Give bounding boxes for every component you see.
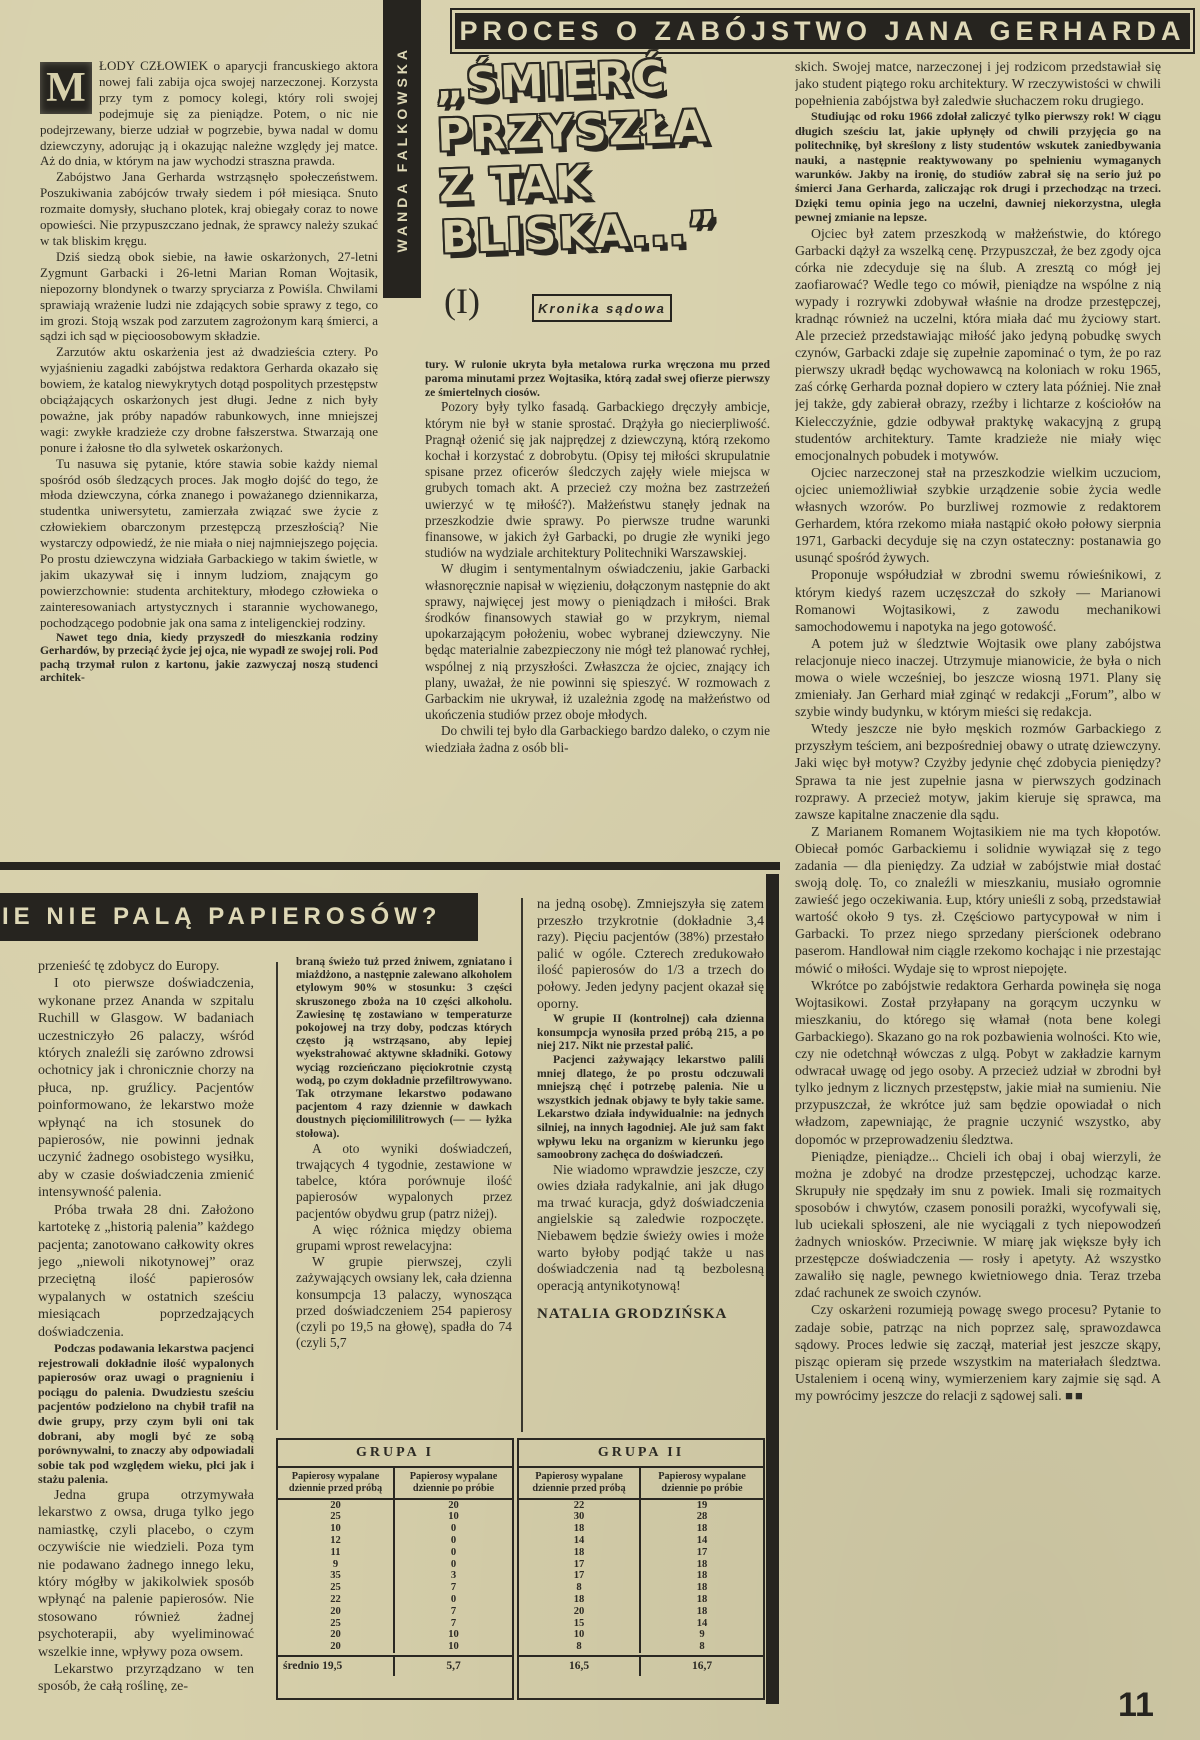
paragraph: Z Marianem Romanem Wojtasikiem nie ma ty… (795, 823, 1161, 977)
table-column-header: Papierosy wypalane dziennie przed próbą (519, 1468, 641, 1498)
table-cell: 15 (519, 1618, 641, 1630)
table-cell: 20 (278, 1629, 395, 1641)
table-footer-row: średnio 19,5 5,7 (278, 1655, 512, 1676)
table-row: 3028 (519, 1511, 763, 1523)
table-cell: średnio 19,5 (278, 1657, 395, 1676)
paragraph: W grupie pierwszej, czyli zażywających o… (296, 1254, 512, 1351)
table-cell: 9 (278, 1559, 395, 1571)
table-cell: 16,7 (641, 1657, 763, 1676)
column-rule (521, 898, 523, 1432)
table-cell: 18 (641, 1559, 763, 1571)
table-cell: 20 (278, 1606, 395, 1618)
table-cell: 20 (395, 1500, 512, 1512)
paragraph: Lekarstwo przyrządzano w ten sposób, że … (38, 1661, 254, 1696)
table-row: 2010 (278, 1641, 512, 1653)
paragraph: Jedna grupa otrzymywała lekarstwo z owsa… (38, 1487, 254, 1661)
table-row: 1718 (519, 1570, 763, 1582)
drop-cap: M (40, 62, 92, 114)
page-number: 11 (1118, 1686, 1154, 1725)
table-row: 1817 (519, 1547, 763, 1559)
table-cell: 18 (519, 1523, 641, 1535)
table-column-header: Papierosy wypalane dziennie po próbie (641, 1468, 763, 1498)
byline-text: WANDA FALKOWSKA (394, 46, 410, 252)
table-cell: 35 (278, 1570, 395, 1582)
table-cell: 17 (519, 1570, 641, 1582)
table-cell: 0 (395, 1547, 512, 1559)
table-cell: 14 (519, 1535, 641, 1547)
table-cell: 7 (395, 1618, 512, 1630)
article-column-1: MŁODY CZŁOWIEK o aparycji francuskiego a… (40, 58, 378, 850)
table-header-row: Papierosy wypalane dziennie przed próbą … (519, 1468, 763, 1500)
table-row: 2018 (519, 1606, 763, 1618)
table-cell: 0 (395, 1523, 512, 1535)
smoking-column-c: na jedną osobę). Zmniejszyła się zatem p… (537, 896, 764, 1438)
table-row: 818 (519, 1582, 763, 1594)
paragraph: I oto pierwsze doświadczenia, wykonane p… (38, 975, 254, 1201)
table-cell: 22 (519, 1500, 641, 1512)
table-cell: 10 (278, 1523, 395, 1535)
paragraph: Nawet tego dnia, kiedy przyszedł do mies… (40, 631, 378, 685)
table-cell: 19 (641, 1500, 763, 1512)
newspaper-page: PROCES O ZABÓJSTWO JANA GERHARDA WANDA F… (0, 0, 1200, 1740)
paragraph: Do chwili tej było dla Garbackiego bardz… (425, 723, 770, 755)
paragraph: Studiując od roku 1966 zdołał zaliczyć t… (795, 109, 1161, 224)
paragraph: skich. Swojej matce, narzeczonej i jej r… (795, 58, 1161, 109)
table-cell: 18 (519, 1547, 641, 1559)
table-row: 257 (278, 1618, 512, 1630)
table-cell: 0 (395, 1594, 512, 1606)
table-group-2: GRUPA II Papierosy wypalane dziennie prz… (517, 1438, 765, 1700)
paragraph: A potem już w śledztwie Wojtasik owe pla… (795, 635, 1161, 720)
paragraph: Wtedy jeszcze nie było męskich rozmów Ga… (795, 720, 1161, 823)
author-byline: NATALIA GRODZIŃSKA (537, 1306, 764, 1323)
table-cell: 3 (395, 1570, 512, 1582)
article-column-2: tury. W rulonie ukryta była metalowa rur… (425, 358, 770, 852)
display-title: „ŚMIERĆ PRZYSZŁA Z TAK BLISKA...” (435, 48, 762, 263)
table-cell: 0 (395, 1559, 512, 1571)
table-cell: 18 (641, 1570, 763, 1582)
paragraph: Dziś siedzą obok siebie, na ławie oskarż… (40, 249, 378, 344)
paragraph: Nie wiadomo wprawdzie jeszcze, czy owies… (537, 1162, 764, 1295)
table-row: 220 (278, 1594, 512, 1606)
table-group-title: GRUPA I (278, 1440, 512, 1468)
table-cell: 28 (641, 1511, 763, 1523)
paragraph: W grupie II (kontrolnej) cała dzienna ko… (537, 1012, 764, 1053)
table-cell: 10 (395, 1511, 512, 1523)
table-row: 2020 (278, 1500, 512, 1512)
paragraph: przenieść tę zdobycz do Europy. (38, 958, 254, 975)
table-row: 1414 (519, 1535, 763, 1547)
table-row: 110 (278, 1547, 512, 1559)
table-cell: 17 (519, 1559, 641, 1571)
table-cell: 14 (641, 1535, 763, 1547)
paragraph: Czy oskarżeni rozumieją powagę swego pro… (795, 1301, 1161, 1404)
paragraph: Podczas podawania lekarstwa pacjenci rej… (38, 1341, 254, 1487)
paragraph: Pozory były tylko fasadą. Garbackiego dr… (425, 399, 770, 561)
paragraph: Ojciec narzeczonej stał na przeszkodzie … (795, 464, 1161, 567)
table-cell: 25 (278, 1582, 395, 1594)
paragraph: Zarzutów aktu oskarżenia jest aż dwadzie… (40, 344, 378, 455)
paragraph: Pacjenci zażywający lekarstwo palili mni… (537, 1053, 764, 1162)
table-rows: 2219302818181414181717181718818181820181… (519, 1500, 763, 1653)
table-column-header: Papierosy wypalane dziennie po próbie (395, 1468, 512, 1498)
paragraph: Proponuje współudział w zbrodni swemu ró… (795, 566, 1161, 634)
table-row: 257 (278, 1582, 512, 1594)
paragraph: braną świeżo tuż przed żniwem, zgniatano… (296, 956, 512, 1141)
smoking-column-a: przenieść tę zdobycz do Europy. I oto pi… (38, 958, 254, 1738)
rubric-label: Kronika sądowa (538, 301, 666, 316)
paragraph: na jedną osobę). Zmniejszyła się zatem p… (537, 896, 764, 1012)
table-cell: 25 (278, 1618, 395, 1630)
table-cell: 20 (519, 1606, 641, 1618)
paragraph: Zabójstwo Jana Gerharda wstrząsnęło społ… (40, 169, 378, 249)
table-cell: 7 (395, 1606, 512, 1618)
table-cell: 9 (641, 1629, 763, 1641)
smoking-article-headline: IE NIE PALĄ PAPIEROSÓW? (0, 893, 478, 941)
table-column-header: Papierosy wypalane dziennie przed próbą (278, 1468, 395, 1498)
paragraph: Ojciec był zatem przeszkodą w małżeństwi… (795, 225, 1161, 464)
table-cell: 11 (278, 1547, 395, 1559)
kicker-text: PROCES O ZABÓJSTWO JANA GERHARDA (459, 16, 1185, 47)
table-row: 1818 (519, 1594, 763, 1606)
table-row: 2510 (278, 1511, 512, 1523)
paragraph: MŁODY CZŁOWIEK o aparycji francuskiego a… (40, 58, 378, 169)
paragraph: W długim i sentymentalnym oświadczeniu, … (425, 561, 770, 723)
table-row: 2010 (278, 1629, 512, 1641)
table-row: 1818 (519, 1523, 763, 1535)
table-cell: 10 (519, 1629, 641, 1641)
rubric-box: Kronika sądowa (532, 294, 672, 322)
table-row: 90 (278, 1559, 512, 1571)
paragraph: A więc różnica między obiema grupami wpr… (296, 1222, 512, 1254)
table-cell: 16,5 (519, 1657, 641, 1676)
paragraph-text: Czy oskarżeni rozumieją powagę swego pro… (795, 1302, 1161, 1402)
table-cell: 30 (519, 1511, 641, 1523)
paragraph: A oto wyniki doświadczeń, trwających 4 t… (296, 1141, 512, 1222)
table-cell: 18 (641, 1606, 763, 1618)
paragraph: Wkrótce po zabójstwie redaktora Gerharda… (795, 977, 1161, 1148)
table-cell: 12 (278, 1535, 395, 1547)
table-cell: 8 (519, 1641, 641, 1653)
table-cell: 18 (641, 1594, 763, 1606)
table-cell: 20 (278, 1500, 395, 1512)
table-row: 353 (278, 1570, 512, 1582)
end-of-article-mark: ■■ (1065, 1388, 1085, 1403)
table-cell: 18 (641, 1523, 763, 1535)
table-cell: 17 (641, 1547, 763, 1559)
paragraph: Pieniądze, pieniądze... Chcieli ich obaj… (795, 1148, 1161, 1302)
table-row: 109 (519, 1629, 763, 1641)
table-row: 1514 (519, 1618, 763, 1630)
table-rows: 2020251010012011090353257220207257201020… (278, 1500, 512, 1653)
table-row: 88 (519, 1641, 763, 1653)
part-number: (I) (444, 280, 480, 322)
table-row: 207 (278, 1606, 512, 1618)
paragraph: Próba trwała 28 dni. Założono kartotekę … (38, 1202, 254, 1341)
column-rule (276, 962, 278, 1430)
table-cell: 10 (395, 1629, 512, 1641)
table-footer-row: 16,5 16,7 (519, 1655, 763, 1676)
table-cell: 25 (278, 1511, 395, 1523)
table-group-title: GRUPA II (519, 1440, 763, 1468)
vertical-rule (766, 874, 779, 1704)
table-row: 120 (278, 1535, 512, 1547)
table-cell: 18 (519, 1594, 641, 1606)
horizontal-rule (0, 862, 780, 870)
table-cell: 7 (395, 1582, 512, 1594)
table-cell: 8 (519, 1582, 641, 1594)
display-title-line: BLISKA...” (440, 201, 762, 263)
kicker-banner: PROCES O ZABÓJSTWO JANA GERHARDA (450, 8, 1195, 54)
kicker-bar: PROCES O ZABÓJSTWO JANA GERHARDA (455, 13, 1190, 49)
table-cell: 20 (278, 1641, 395, 1653)
table-header-row: Papierosy wypalane dziennie przed próbą … (278, 1468, 512, 1500)
smoking-headline-text: IE NIE PALĄ PAPIEROSÓW? (2, 903, 441, 931)
table-row: 2219 (519, 1500, 763, 1512)
table-group-1: GRUPA I Papierosy wypalane dziennie prze… (276, 1438, 514, 1700)
article-column-3: skich. Swojej matce, narzeczonej i jej r… (795, 58, 1161, 1670)
table-cell: 0 (395, 1535, 512, 1547)
table-cell: 5,7 (395, 1657, 512, 1676)
table-cell: 18 (641, 1582, 763, 1594)
paragraph: tury. W rulonie ukryta była metalowa rur… (425, 358, 770, 399)
table-row: 1718 (519, 1559, 763, 1571)
table-cell: 14 (641, 1618, 763, 1630)
smoking-column-b: braną świeżo tuż przed żniwem, zgniatano… (296, 956, 512, 1436)
table-cell: 10 (395, 1641, 512, 1653)
vertical-byline-band: WANDA FALKOWSKA (383, 0, 421, 298)
paragraph: Tu nasuwa się pytanie, które stawia sobi… (40, 456, 378, 631)
table-cell: 22 (278, 1594, 395, 1606)
table-cell: 8 (641, 1641, 763, 1653)
table-row: 100 (278, 1523, 512, 1535)
